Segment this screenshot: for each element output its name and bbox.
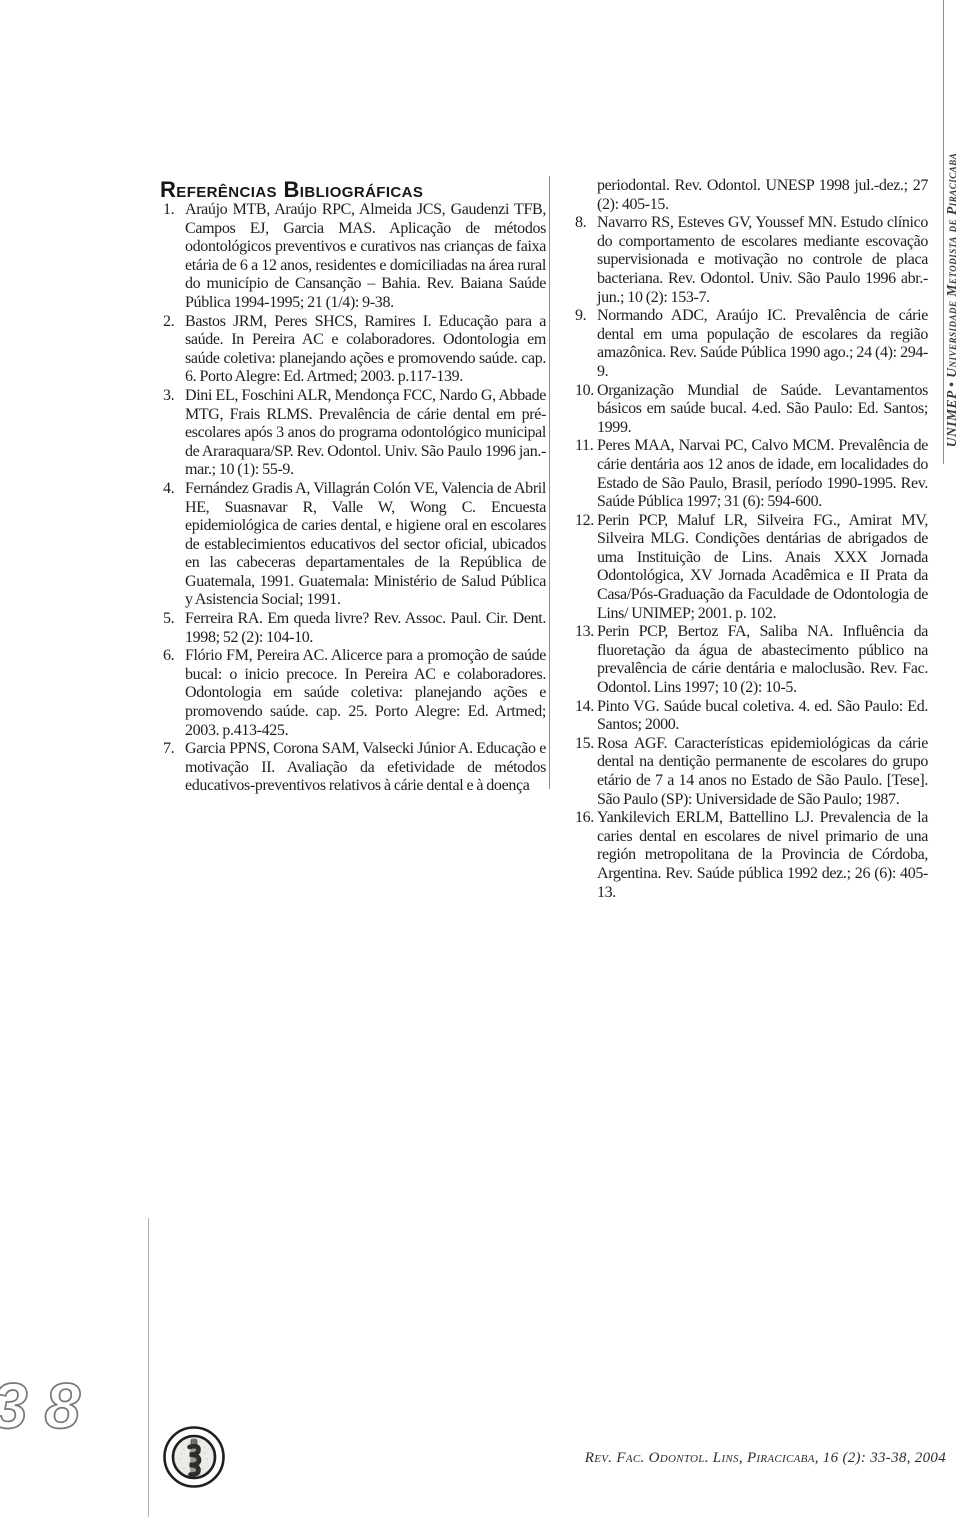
ref-text: Normando ADC, Araújo IC. Prevalência de … [597, 307, 928, 380]
ref-text: Pinto VG. Saúde bucal coletiva. 4. ed. S… [597, 698, 928, 734]
reference-item: 10.Organização Mundial de Saúde. Levanta… [575, 382, 928, 438]
ref-text: Araújo MTB, Araújo RPC, Almeida JCS, Gau… [185, 201, 546, 311]
column-divider-rule [549, 176, 550, 789]
ref-number: 13. [575, 623, 597, 642]
dental-logo-icon [160, 1423, 228, 1491]
ref-text: Dini EL, Foschini ALR, Mendonça FCC, Nar… [185, 387, 546, 478]
ref-text: Fernández Gradis A, Villagrán Colón VE, … [185, 480, 546, 609]
logo-drill-and-snake [190, 1439, 200, 1476]
ref-number: 8. [575, 214, 597, 233]
ref-number: 16. [575, 809, 597, 828]
ref-number: 2. [163, 313, 185, 332]
reference-item: 3.Dini EL, Foschini ALR, Mendonça FCC, N… [163, 387, 546, 480]
reference-item: 9.Normando ADC, Araújo IC. Prevalência d… [575, 307, 928, 381]
references-column-left: 1.Araújo MTB, Araújo RPC, Almeida JCS, G… [163, 201, 546, 796]
sidebar-institution-text: UNIMEP • Universidade Metodista de Pirac… [944, 135, 960, 465]
reference-item: 13.Perin PCP, Bertoz FA, Saliba NA. Infl… [575, 623, 928, 697]
reference-item: 6.Flório FM, Pereira AC. Alicerce para a… [163, 647, 546, 740]
journal-page: UNIMEP • Universidade Metodista de Pirac… [0, 0, 960, 1517]
ref-number: 11. [575, 437, 597, 456]
ref-text: Rosa AGF. Características epidemiológica… [597, 735, 928, 808]
references-column-right: periodontal. Rev. Odontol. UNESP 1998 ju… [575, 177, 928, 902]
ref-number: 9. [575, 307, 597, 326]
reference-item: 4.Fernández Gradis A, Villagrán Colón VE… [163, 480, 546, 610]
ref-text: Ferreira RA. Em queda livre? Rev. Assoc.… [185, 610, 546, 646]
ref-number: 4. [163, 480, 185, 499]
ref-number: 12. [575, 512, 597, 531]
reference-item: 1.Araújo MTB, Araújo RPC, Almeida JCS, G… [163, 201, 546, 313]
ref-text: Bastos JRM, Peres SHCS, Ramires I. Educa… [185, 313, 546, 386]
reference-item: 5.Ferreira RA. Em queda livre? Rev. Asso… [163, 610, 546, 647]
reference-item: 15.Rosa AGF. Características epidemiológ… [575, 735, 928, 809]
page-number-digits: 38 [0, 1370, 97, 1440]
ref-text: Perin PCP, Bertoz FA, Saliba NA. Influên… [597, 623, 928, 696]
ref-text: Organização Mundial de Saúde. Levantamen… [597, 382, 928, 436]
reference-item: 14.Pinto VG. Saúde bucal coletiva. 4. ed… [575, 698, 928, 735]
footer-citation: Rev. Fac. Odontol. Lins, Piracicaba, 16 … [585, 1450, 946, 1467]
page-number: 38 [0, 1368, 118, 1440]
ref-number: 1. [163, 201, 185, 220]
ref-number: 7. [163, 740, 185, 759]
reference-item: 8.Navarro RS, Esteves GV, Youssef MN. Es… [575, 214, 928, 307]
ref-text: Peres MAA, Narvai PC, Calvo MCM. Prevalê… [597, 437, 928, 510]
ref-number: 14. [575, 698, 597, 717]
ref-number: 3. [163, 387, 185, 406]
reference-item: 2.Bastos JRM, Peres SHCS, Ramires I. Edu… [163, 313, 546, 387]
reference-item: 7.Garcia PPNS, Corona SAM, Valsecki Júni… [163, 740, 546, 796]
reference-item: 11.Peres MAA, Narvai PC, Calvo MCM. Prev… [575, 437, 928, 511]
ref-text: Flório FM, Pereira AC. Alicerce para a p… [185, 647, 546, 738]
reference-item: 12.Perin PCP, Maluf LR, Silveira FG., Am… [575, 512, 928, 624]
ref-text: Navarro RS, Esteves GV, Youssef MN. Estu… [597, 214, 928, 305]
reference-continuation: periodontal. Rev. Odontol. UNESP 1998 ju… [575, 177, 928, 214]
ref-number: 15. [575, 735, 597, 754]
ref-text: Perin PCP, Maluf LR, Silveira FG., Amira… [597, 512, 928, 622]
page-title: Referências Bibliográficas [160, 177, 423, 203]
ref-number: 6. [163, 647, 185, 666]
ref-number: 10. [575, 382, 597, 401]
ref-number: 5. [163, 610, 185, 629]
ref-text: Garcia PPNS, Corona SAM, Valsecki Júnior… [185, 740, 546, 794]
ref-text: Yankilevich ERLM, Battellino LJ. Prevale… [597, 809, 928, 900]
reference-item: 16.Yankilevich ERLM, Battellino LJ. Prev… [575, 809, 928, 902]
footer-left-rule [148, 1218, 149, 1517]
